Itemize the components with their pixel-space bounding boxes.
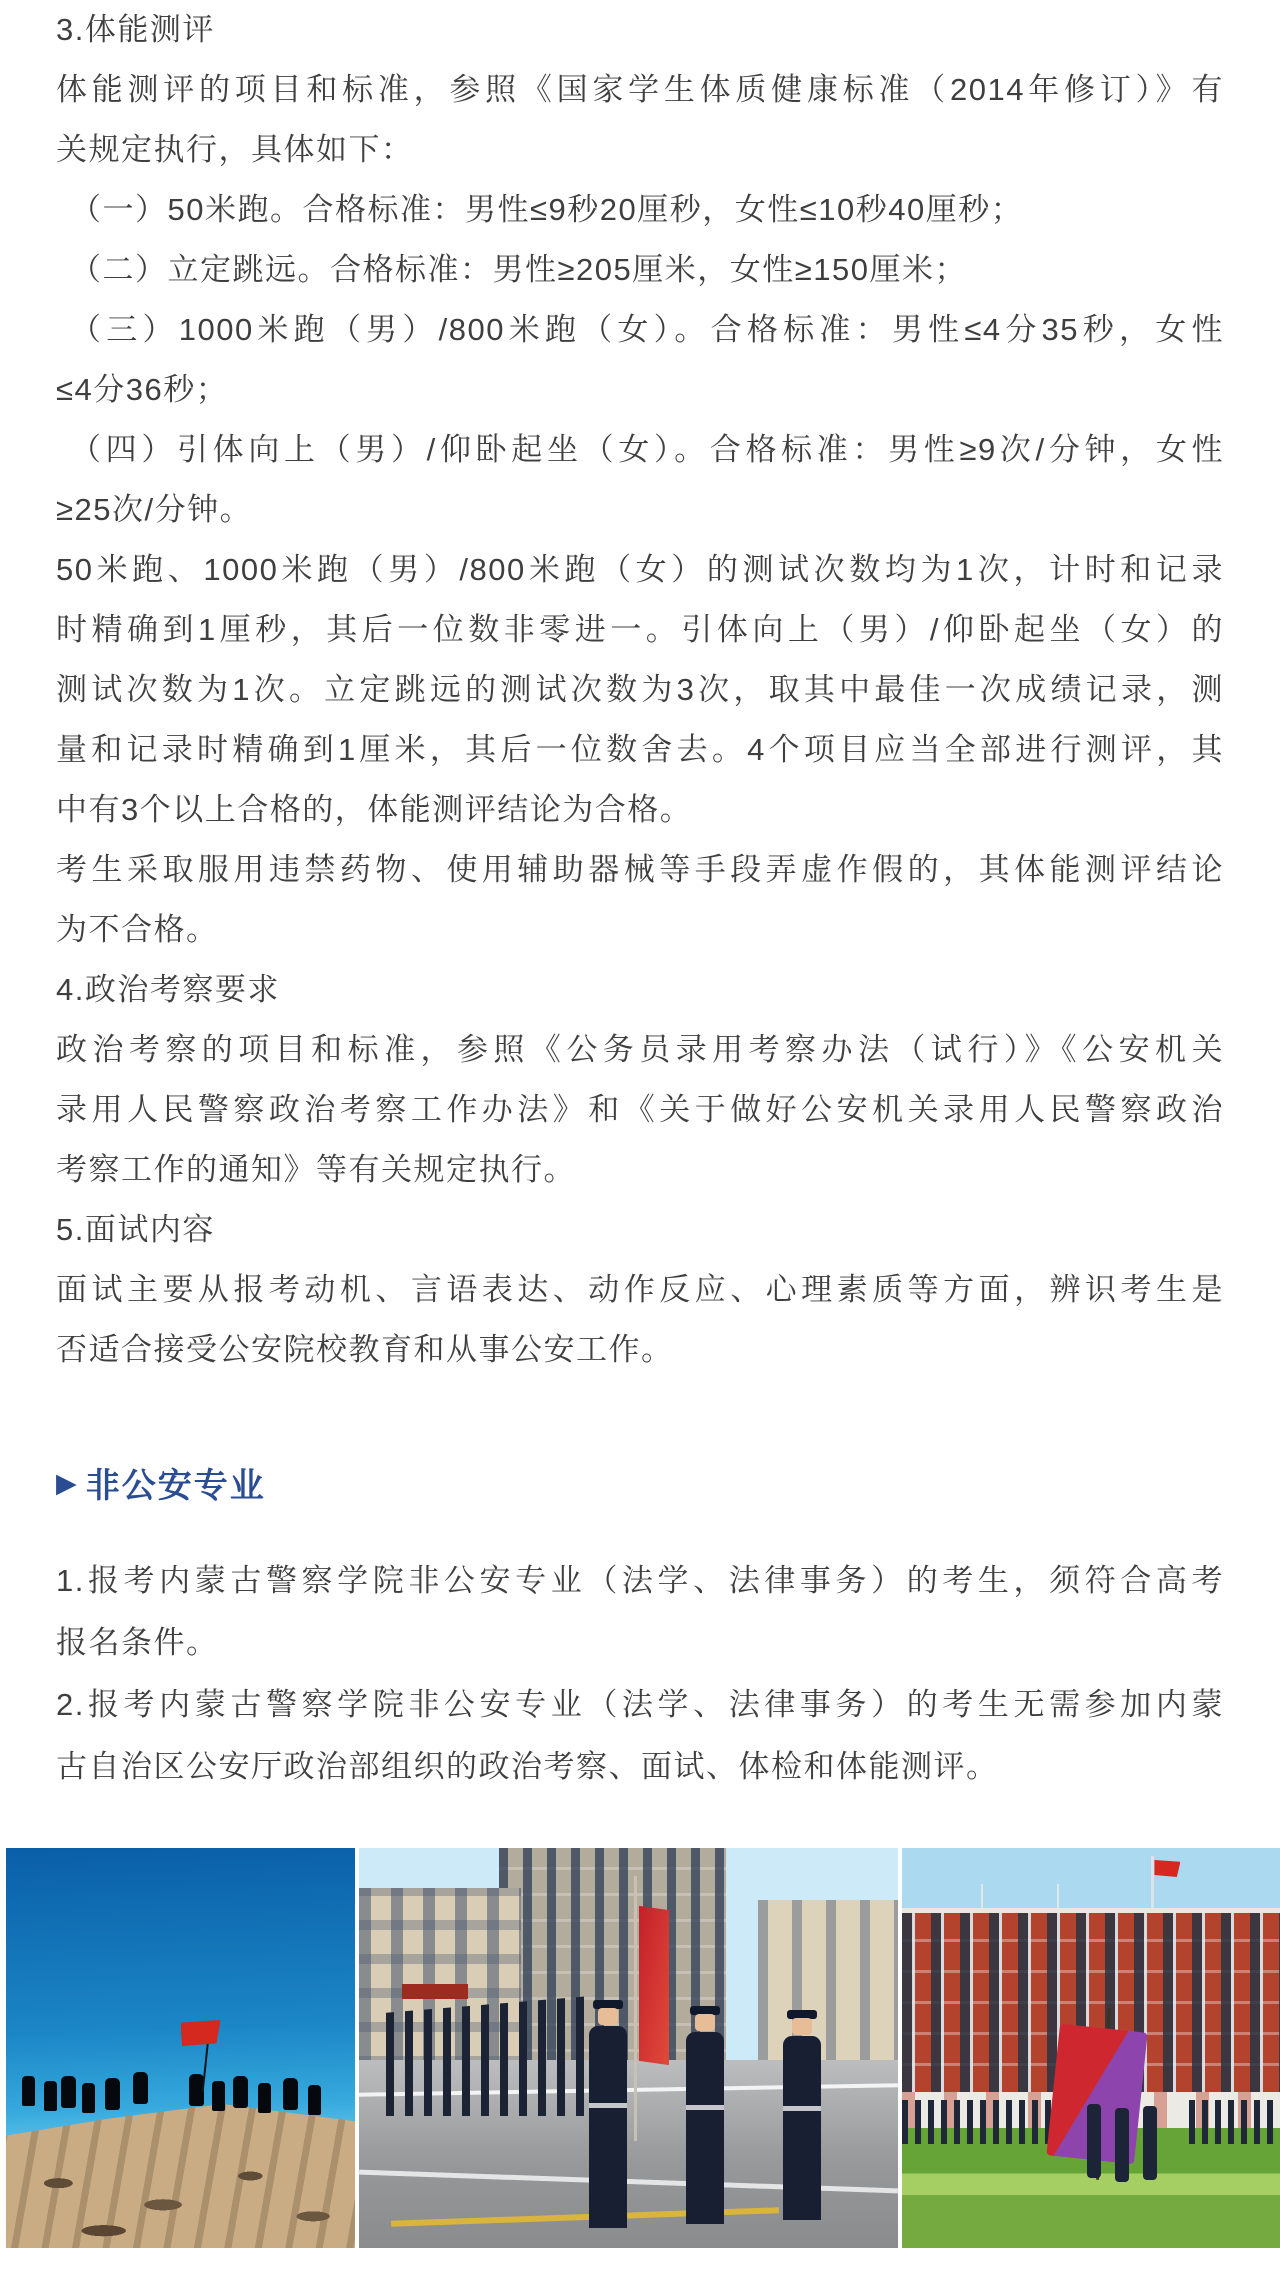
text-line: （二）立定跳远。合格标准：男性≥205厘米，女性≥150厘米；: [56, 240, 1224, 300]
police-officer-silhouette: [682, 2006, 728, 2224]
text-line: 政治考察的项目和标准，参照《公务员录用考察办法（试行）》《公安机关: [56, 1020, 1224, 1080]
officer-head: [695, 2014, 715, 2031]
hiker-silhouettes: [22, 2076, 35, 2106]
photo-hikers-dune: [6, 1848, 355, 2248]
text-line: 考察工作的通知》等有关规定执行。: [56, 1140, 1224, 1200]
officer-body: [589, 2026, 627, 2228]
text-line: 古自治区公安厅政治部组织的政治考察、面试、体检和体能测评。: [56, 1736, 1224, 1798]
officer-head: [792, 2018, 812, 2035]
text-line: 否适合接受公安院校教育和从事公安工作。: [56, 1320, 1224, 1380]
red-signboard: [402, 1984, 468, 1999]
section-heading-label: 非公安专业: [86, 1458, 266, 1507]
photo-campus-formation: [902, 1848, 1280, 2248]
text-line: 4.政治考察要求: [56, 960, 1224, 1020]
text-line: 3.体能测评: [56, 0, 1224, 60]
text-line: 录用人民警察政治考察工作办法》和《关于做好公安机关录用人民警察政治: [56, 1080, 1224, 1140]
text-line: 1.报考内蒙古警察学院非公安专业（法学、法律事务）的考生，须符合高考: [56, 1550, 1224, 1612]
text-line: 体能测评的项目和标准，参照《国家学生体质健康标准（2014年修订）》有: [56, 60, 1224, 120]
text-line: （四）引体向上（男）/仰卧起坐（女）。合格标准：男性≥9次/分钟，女性: [56, 420, 1224, 480]
officer-body: [783, 2036, 821, 2220]
photo-strip: [0, 1848, 1280, 2248]
cadet-formation: [902, 2100, 1053, 2144]
photo-police-parade: [359, 1848, 898, 2248]
police-officer-silhouette: [585, 2000, 631, 2228]
document-text: 3.体能测评体能测评的项目和标准，参照《国家学生体质健康标准（2014年修订）》…: [0, 0, 1280, 1798]
text-line: （三）1000米跑（男）/800米跑（女）。合格标准：男性≤4分35秒，女性: [56, 300, 1224, 360]
text-line: 2.报考内蒙古警察学院非公安专业（法学、法律事务）的考生无需参加内蒙: [56, 1674, 1224, 1736]
marching-ranks: [386, 1996, 591, 2116]
triangle-bullet-icon: ▶: [56, 1470, 79, 1497]
text-line: 关规定执行，具体如下：: [56, 120, 1224, 180]
officer-body: [686, 2032, 724, 2224]
red-flag-icon: [181, 2020, 221, 2046]
paragraph-spacer: [56, 1514, 1224, 1550]
color-guard-silhouettes: [1087, 2104, 1101, 2178]
police-officer-silhouette: [779, 2010, 825, 2220]
text-line: 中有3个以上合格的，体能测评结论为合格。: [56, 780, 1224, 840]
red-flag-icon: [639, 1906, 669, 2065]
text-line: 为不合格。: [56, 900, 1224, 960]
text-line: ≤4分36秒；: [56, 360, 1224, 420]
text-line: 50米跑、1000米跑（男）/800米跑（女）的测试次数均为1次，计时和记录: [56, 540, 1224, 600]
text-line: 5.面试内容: [56, 1200, 1224, 1260]
document-page: 3.体能测评体能测评的项目和标准，参照《国家学生体质健康标准（2014年修订）》…: [0, 0, 1280, 2248]
section-heading: ▶非公安专业: [56, 1450, 1224, 1514]
text-line: 面试主要从报考动机、言语表达、动作反应、心理素质等方面，辨识考生是: [56, 1260, 1224, 1320]
text-line: ≥25次/分钟。: [56, 480, 1224, 540]
paragraph-spacer: [56, 1380, 1224, 1450]
text-line: 时精确到1厘秒，其后一位数非零进一。引体向上（男）/仰卧起坐（女）的: [56, 600, 1224, 660]
officer-head: [598, 2008, 618, 2025]
text-line: 量和记录时精确到1厘米，其后一位数舍去。4个项目应当全部进行测评，其: [56, 720, 1224, 780]
text-line: （一）50米跑。合格标准：男性≤9秒20厘秒，女性≤10秒40厘秒；: [56, 180, 1224, 240]
text-line: 报名条件。: [56, 1612, 1224, 1674]
text-line: 测试次数为1次。立定跳远的测试次数为3次，取其中最佳一次成绩记录，测: [56, 660, 1224, 720]
text-line: 考生采取服用违禁药物、使用辅助器械等手段弄虚作假的，其体能测评结论: [56, 840, 1224, 900]
cadet-formation: [1189, 2100, 1280, 2144]
flag-pole: [634, 1876, 637, 2141]
red-flag-icon: [1154, 1860, 1180, 1877]
